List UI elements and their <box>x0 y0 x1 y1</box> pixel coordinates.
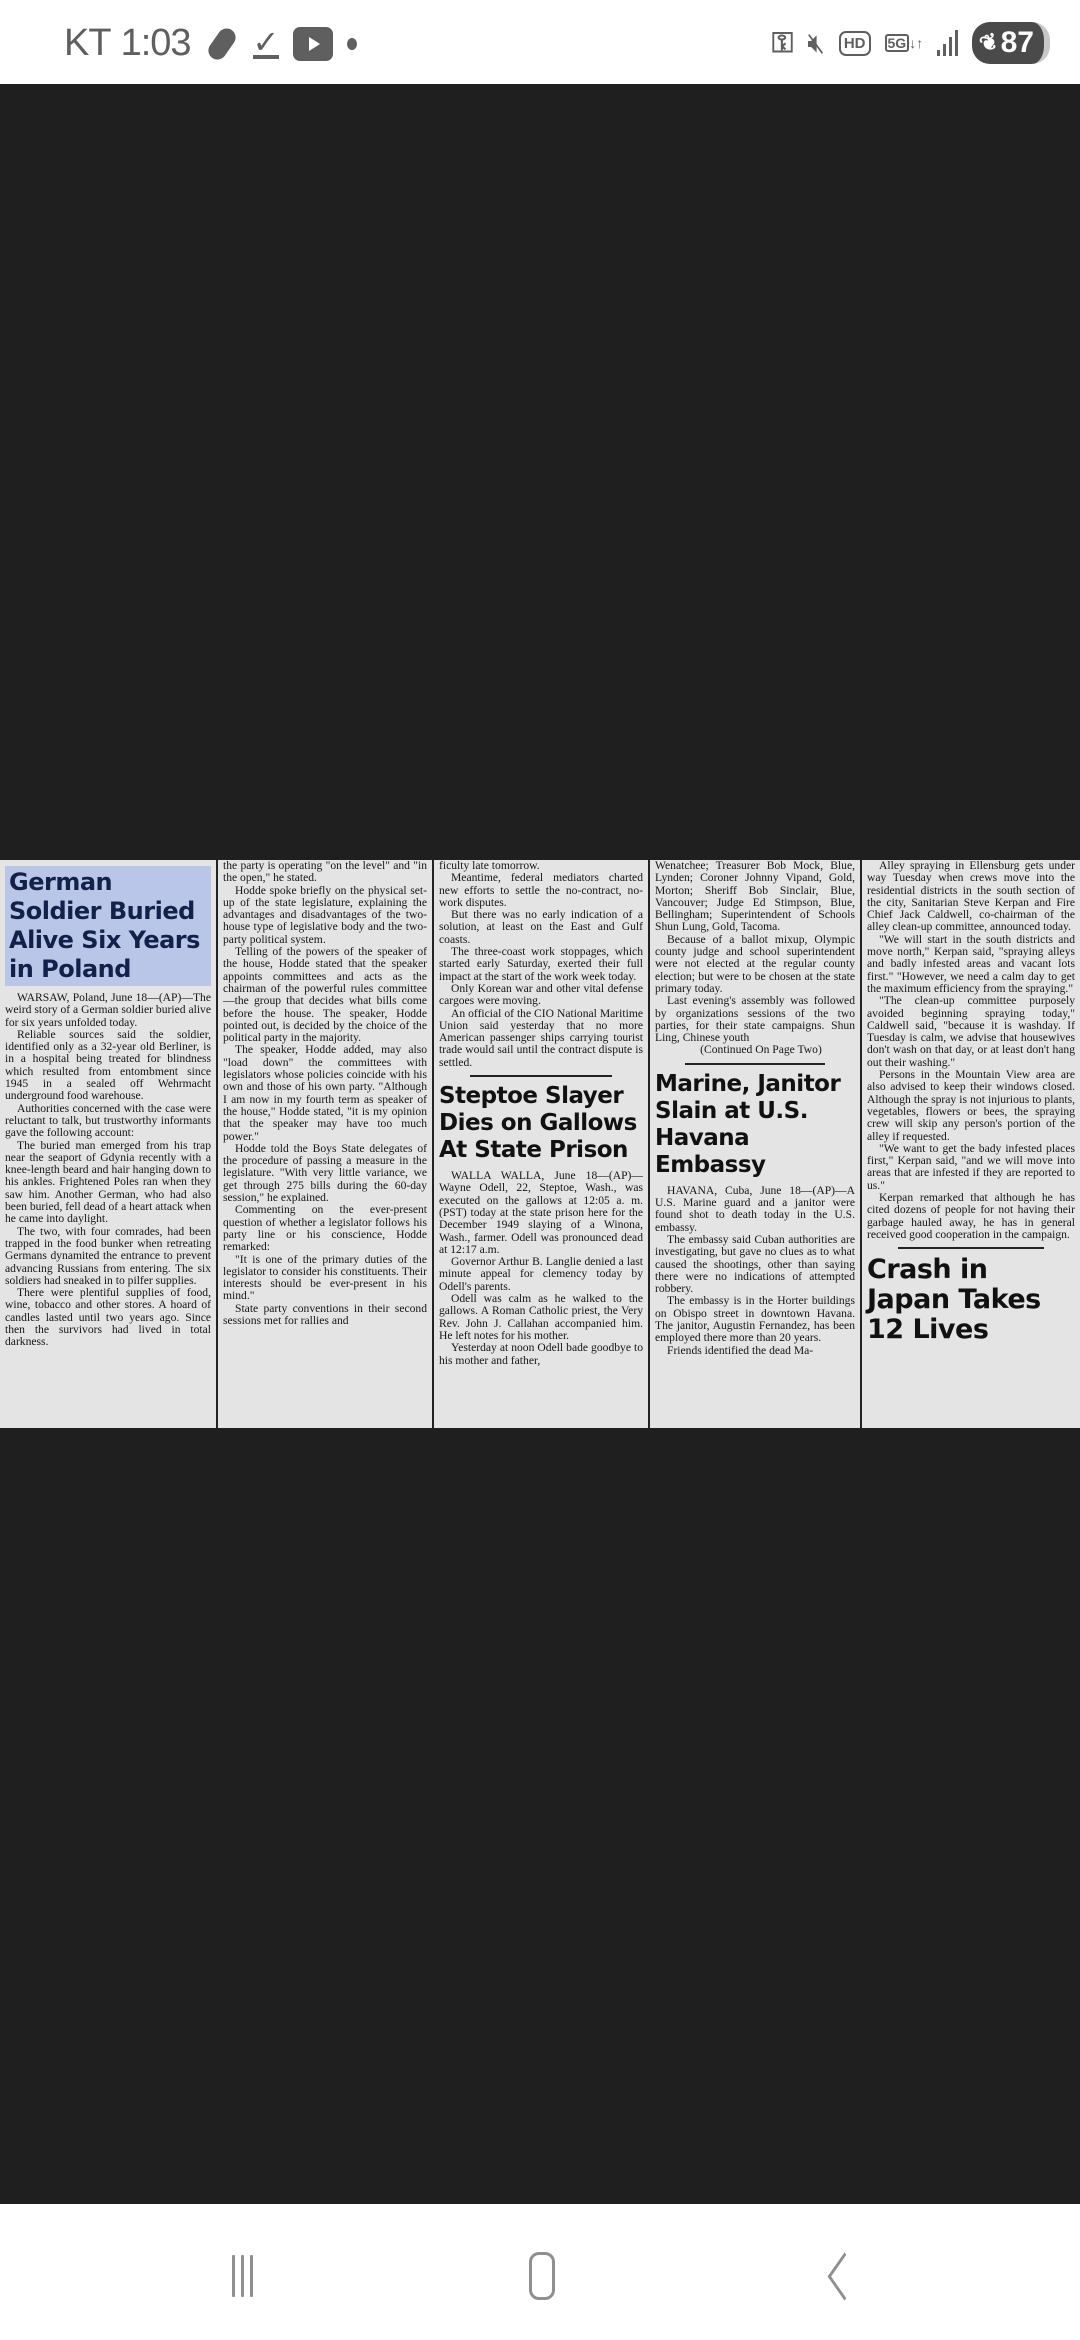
navigation-bar <box>0 2204 1080 2340</box>
recents-icon <box>232 2255 235 2297</box>
image-viewer[interactable]: German Soldier Buried Alive Six Years in… <box>0 84 1080 2204</box>
paragraph: "The clean-up committee purposely avoide… <box>867 995 1075 1069</box>
paragraph: "We will start in the south districts an… <box>867 934 1075 995</box>
paragraph: the party is operating "on the level" an… <box>223 860 427 885</box>
paragraph: Hodde told the Boys State delegates of t… <box>223 1143 427 1204</box>
continued-note: (Continued On Page Two) <box>655 1044 855 1056</box>
notification-dot-icon <box>347 38 357 50</box>
paragraph: The embassy is in the Horter buildings o… <box>655 1295 855 1344</box>
paragraph: Hodde spoke briefly on the physical set-… <box>223 885 427 946</box>
vpn-key-icon: ⚿ <box>772 27 793 60</box>
carrier-label: KT <box>64 22 111 65</box>
youtube-icon <box>293 27 333 61</box>
paragraph: Authorities concerned with the case were… <box>5 1103 211 1140</box>
paragraph: The two, with four comrades, had been tr… <box>5 1226 211 1287</box>
paragraph: Telling of the powers of the speaker of … <box>223 946 427 1044</box>
paragraph: An official of the CIO National Maritime… <box>439 1008 643 1069</box>
newspaper-clipping[interactable]: German Soldier Buried Alive Six Years in… <box>0 860 1080 1428</box>
back-icon <box>827 2252 861 2300</box>
paragraph: The buried man emerged from his trap nea… <box>5 1140 211 1226</box>
paragraph: WARSAW, Poland, June 18—(AP)—The weird s… <box>5 992 211 1029</box>
paragraph: Friends identified the dead Ma- <box>655 1345 855 1357</box>
divider <box>898 1247 1044 1249</box>
paragraph: Commenting on the ever-present question … <box>223 1204 427 1253</box>
5g-data-icon: 5G↓↑ <box>885 34 924 52</box>
divider <box>685 1063 825 1065</box>
paragraph: Only Korean war and other vital defense … <box>439 983 643 1008</box>
article-body: WALLA WALLA, June 18—(AP)—Wayne Odell, 2… <box>439 1170 643 1367</box>
article-body: Alley spraying in Ellensburg gets under … <box>867 860 1075 1241</box>
paragraph: Last evening's assembly was followed by … <box>655 995 855 1044</box>
paragraph: WALLA WALLA, June 18—(AP)—Wayne Odell, 2… <box>439 1170 643 1256</box>
download-done-icon: ✓ <box>253 29 280 59</box>
back-button[interactable] <box>804 2248 884 2304</box>
column-5: Alley spraying in Ellensburg gets under … <box>860 860 1080 1428</box>
headline-steptoe-slayer: Steptoe Slayer Dies on Gallows At State … <box>439 1083 643 1164</box>
paragraph: Kerpan remarked that although he has cit… <box>867 1192 1075 1241</box>
signal-icon <box>937 30 958 56</box>
paragraph: "It is one of the primary duties of the … <box>223 1254 427 1303</box>
headline-crash-japan: Crash in Japan Takes 12 Lives <box>867 1255 1075 1345</box>
headline-german-soldier: German Soldier Buried Alive Six Years in… <box>5 866 211 986</box>
pill-icon <box>205 35 239 53</box>
paragraph: HAVANA, Cuba, June 18—(AP)—A U.S. Marine… <box>655 1185 855 1234</box>
paragraph: Reliable sources said the soldier, ident… <box>5 1029 211 1103</box>
paragraph: The speaker, Hodde added, may also "load… <box>223 1044 427 1142</box>
paragraph: State party conventions in their second … <box>223 1303 427 1328</box>
paragraph: Persons in the Mountain View area are al… <box>867 1069 1075 1143</box>
paragraph: Meantime, federal mediators charted new … <box>439 872 643 909</box>
column-3: ficulty late tomorrow.Meantime, federal … <box>432 860 648 1428</box>
paragraph: Wenatchee; Treasurer Bob Mock, Blue, Lyn… <box>655 860 855 934</box>
battery-indicator: ❦ 87 <box>972 22 1050 64</box>
paragraph: Odell was calm as he walked to the gallo… <box>439 1293 643 1342</box>
divider <box>470 1075 613 1077</box>
paragraph: The embassy said Cuban authorities are i… <box>655 1234 855 1295</box>
paragraph: Yesterday at noon Odell bade goodbye to … <box>439 1342 643 1367</box>
headline-marine-janitor: Marine, Janitor Slain at U.S. Havana Emb… <box>655 1071 855 1179</box>
recents-button[interactable] <box>202 2248 282 2304</box>
article-body: Wenatchee; Treasurer Bob Mock, Blue, Lyn… <box>655 860 855 1044</box>
mute-vibrate-icon: 🔇︎ <box>807 27 825 60</box>
paragraph: But there was no early indication of a s… <box>439 909 643 946</box>
battery-level: 87 <box>1001 26 1034 60</box>
paragraph: Because of a ballot mixup, Olympic count… <box>655 934 855 995</box>
column-4: Wenatchee; Treasurer Bob Mock, Blue, Lyn… <box>648 860 860 1428</box>
home-icon <box>529 2252 555 2300</box>
column-2: the party is operating "on the level" an… <box>216 860 432 1428</box>
paragraph: The three-coast work stoppages, which st… <box>439 946 643 983</box>
hd-voice-icon: HD <box>839 31 871 56</box>
article-body: the party is operating "on the level" an… <box>223 860 427 1327</box>
leaf-icon: ❦ <box>976 28 1002 59</box>
article-body: WARSAW, Poland, June 18—(AP)—The weird s… <box>5 992 211 1349</box>
paragraph: "We want to get the bady infested places… <box>867 1143 1075 1192</box>
paragraph: Alley spraying in Ellensburg gets under … <box>867 860 1075 934</box>
paragraph: There were plentiful supplies of food, w… <box>5 1287 211 1348</box>
network-type: 5G <box>885 34 910 52</box>
status-left: KT 1:03 ✓ <box>64 22 357 65</box>
status-bar: KT 1:03 ✓ ⚿ 🔇︎ HD 5G↓↑ ❦ 87 <box>0 0 1080 84</box>
clock: 1:03 <box>121 22 191 65</box>
column-1: German Soldier Buried Alive Six Years in… <box>0 860 216 1428</box>
article-body: ficulty late tomorrow.Meantime, federal … <box>439 860 643 1069</box>
home-button[interactable] <box>502 2248 582 2304</box>
paragraph: Governor Arthur B. Langlie denied a last… <box>439 1256 643 1293</box>
article-body: HAVANA, Cuba, June 18—(AP)—A U.S. Marine… <box>655 1185 855 1357</box>
status-right: ⚿ 🔇︎ HD 5G↓↑ ❦ 87 <box>772 22 1050 64</box>
